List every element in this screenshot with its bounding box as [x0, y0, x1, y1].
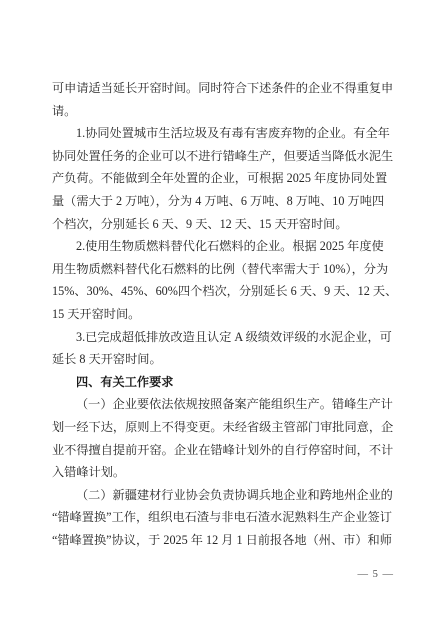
text-line: 划一经下达，原则上不得变更。未经省级主管部门审批同意，企 — [52, 416, 393, 439]
text-line: “错峰置换”协议，于 2025 年 12 月 1 日前报各地（州、市）和师 — [52, 529, 393, 552]
page-number: — 5 — — [358, 568, 395, 582]
text-line: 1.协同处置城市生活垃圾及有毒有害废弃物的企业。有全年 — [52, 122, 393, 145]
text-line: 3.已完成超低排放改造且认定 A 级绩效评级的水泥企业，可 — [52, 326, 393, 349]
document-page: 可申请适当延长开窑时间。同时符合下述条件的企业不得重复申请。1.协同处置城市生活… — [0, 0, 446, 631]
text-line: 产负荷。不能做到全年处置的企业，可根据 2025 年度协同处置 — [52, 167, 393, 190]
text-line: 用生物质燃料替代化石燃料的比例（替代率需大于 10%），分为 — [52, 258, 393, 281]
text-line: 业不得擅自提前开窑。企业在错峰计划外的自行停窑时间，不计 — [52, 439, 393, 462]
text-line: 15%、30%、45%、60%四个档次，分别延长 6 天、9 天、12 天、 — [52, 280, 393, 303]
text-line: “错峰置换”工作，组织电石渣与非电石渣水泥熟料生产企业签订 — [52, 506, 393, 529]
document-body: 可申请适当延长开窑时间。同时符合下述条件的企业不得重复申请。1.协同处置城市生活… — [52, 77, 393, 551]
text-line: 15 天开窑时间。 — [52, 303, 393, 326]
text-line: 入错峰计划。 — [52, 461, 393, 484]
section-heading: 四、有关工作要求 — [52, 371, 393, 394]
text-line: 量（需大于 2 万吨），分为 4 万吨、6 万吨、8 万吨、10 万吨四 — [52, 190, 393, 213]
text-line: 延长 8 天开窑时间。 — [52, 348, 393, 371]
text-line: （一）企业要依法依规按照备案产能组织生产。错峰生产计 — [52, 393, 393, 416]
text-line: 协同处置任务的企业可以不进行错峰生产，但要适当降低水泥生 — [52, 145, 393, 168]
text-line: 2.使用生物质燃料替代化石燃料的企业。根据 2025 年度使 — [52, 235, 393, 258]
text-line: 个档次，分别延长 6 天、9 天、12 天、15 天开窑时间。 — [52, 213, 393, 236]
text-line: 可申请适当延长开窑时间。同时符合下述条件的企业不得重复申 — [52, 77, 393, 100]
text-line: （二）新疆建材行业协会负责协调兵地企业和跨地州企业的 — [52, 484, 393, 507]
text-line: 请。 — [52, 100, 393, 123]
